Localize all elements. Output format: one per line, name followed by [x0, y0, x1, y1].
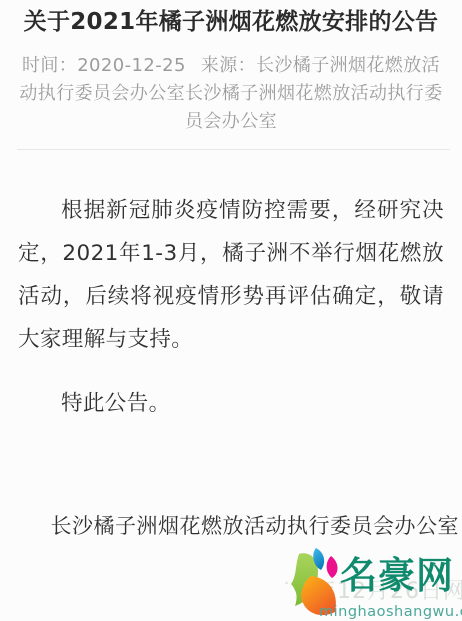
minghao-watermark-logo: 名豪网 minghaoshangwu.com	[283, 548, 462, 621]
article-page: 关于2021年橘子洲烟花燃放安排的公告 时间：2020-12-25来源：长沙橘子…	[0, 0, 462, 621]
meta-divider	[17, 149, 450, 150]
article-body: 根据新冠肺炎疫情防控需要，经研究决定，2021年1-3月，橘子洲不举行烟花燃放活…	[0, 189, 462, 425]
meta-time-label: 时间：	[22, 55, 77, 76]
page-title: 关于2021年橘子洲烟花燃放安排的公告	[20, 9, 442, 35]
minghao-brand-name: 名豪网	[340, 545, 454, 599]
body-paragraph: 特此公告。	[18, 382, 444, 425]
meta-time-value: 2020-12-25	[77, 55, 186, 76]
minghao-brand-url: minghaoshangwu.com	[319, 604, 462, 620]
meta-source-label: 来源：	[201, 55, 256, 76]
article-signature: 长沙橘子洲烟花燃放活动执行委员会办公室	[0, 511, 459, 541]
body-paragraph: 根据新冠肺炎疫情防控需要，经研究决定，2021年1-3月，橘子洲不举行烟花燃放活…	[18, 189, 444, 361]
article-meta: 时间：2020-12-25来源：长沙橘子洲烟花燃放活动执行委员会办公室长沙橘子洲…	[14, 52, 448, 136]
